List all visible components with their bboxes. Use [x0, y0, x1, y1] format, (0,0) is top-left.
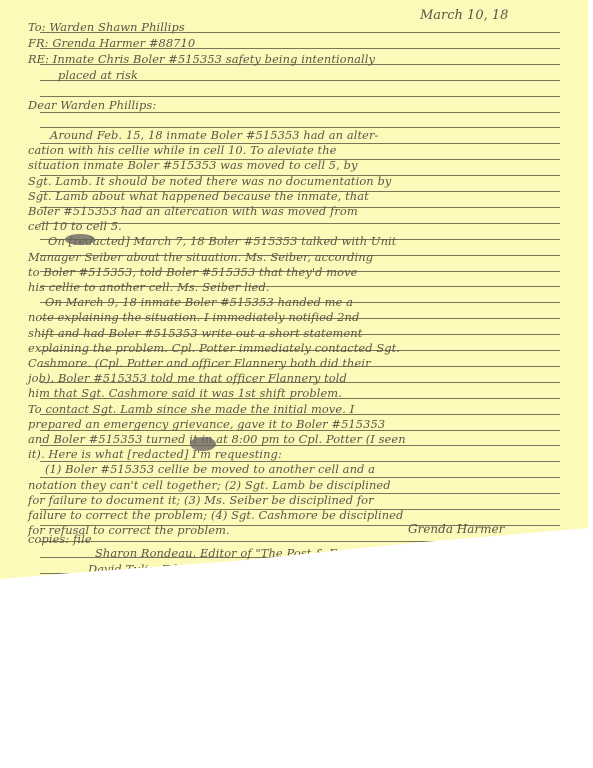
body-line: failure to correct the problem; (4) Sgt.… [28, 508, 568, 522]
body-line: cell 10 to cell 5. [28, 219, 568, 233]
body-line: to Boler #515353, told Boler #515353 tha… [28, 265, 568, 279]
cc-recipient: David Tulis, Editor of "Noogonomics"/Hos… [88, 562, 593, 576]
redaction-smudge [190, 437, 216, 451]
body-line: cation with his cellie while in cell 10.… [28, 143, 568, 157]
ruled-line [40, 573, 560, 574]
body-line: prepared an emergency grievance, gave it… [28, 417, 568, 431]
body-line: On March 9, 18 inmate Boler #515353 hand… [45, 295, 585, 309]
body-line: Around Feb. 15, 18 inmate Boler #515353 … [50, 128, 590, 142]
body-line: for failure to document it; (3) Ms. Seib… [28, 493, 568, 507]
body-line: To contact Sgt. Lamb since she made the … [28, 402, 568, 416]
body-line: and Boler #515353 turned it in at 8:00 p… [28, 432, 568, 446]
body-line: him that Sgt. Cashmore said it was 1st s… [28, 386, 568, 400]
body-line: Cashmore. (Cpl. Potter and officer Flann… [28, 356, 568, 370]
re-line: RE: Inmate Chris Boler #515353 safety be… [28, 52, 568, 66]
body-line: Boler #515353 had an altercation with wa… [28, 204, 568, 218]
from-line: FR: Grenda Harmer #88710 [28, 36, 568, 50]
body-line: situation inmate Boler #515353 was moved… [28, 158, 568, 172]
body-line: Sgt. Lamb. It should be noted there was … [28, 174, 568, 188]
body-line: note explaining the situation. I immedia… [28, 310, 568, 324]
body-line: it). Here is what [redacted] I'm request… [28, 447, 568, 461]
salutation: Dear Warden Phillips: [28, 98, 568, 112]
body-line: On [redacted] March 7, 18 Boler #515353 … [48, 234, 588, 248]
ruled-line [40, 96, 560, 97]
copies-label: copies: file [28, 532, 568, 546]
paper-mark [584, 538, 587, 541]
body-line: Manager Seiber about the situation. Ms. … [28, 250, 568, 264]
body-line: Sgt. Lamb about what happened because th… [28, 189, 568, 203]
cc-recipient: Sharon Rondeau, Editor of "The Post & Em… [95, 546, 593, 560]
body-line: explaining the problem. Cpl. Potter imme… [28, 341, 568, 355]
body-line: notation they can't cell together; (2) S… [28, 478, 568, 492]
redaction-smudge [65, 234, 95, 245]
body-line: shift and had Boler #515353 write out a … [28, 326, 568, 340]
to-line: To: Warden Shawn Phillips [28, 20, 568, 34]
body-line: job). Boler #515353 told me that officer… [28, 371, 568, 385]
body-line: his cellie to another cell. Ms. Seiber l… [28, 280, 568, 294]
re-line-continued: placed at risk [58, 68, 593, 82]
notepad-paper: March 10, 18 To: Warden Shawn Phillips F… [0, 0, 588, 600]
body-line: (1) Boler #515353 cellie be moved to ano… [45, 462, 585, 476]
